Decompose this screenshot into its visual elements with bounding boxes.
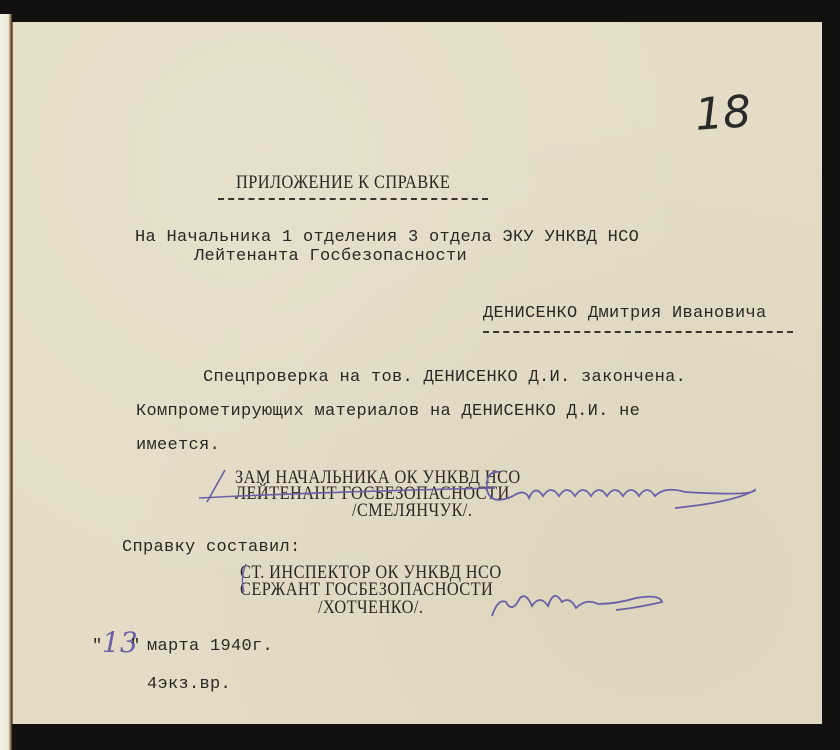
- title-underline: [218, 198, 488, 200]
- signature-khotchenko: [236, 558, 676, 628]
- folio-number: 18: [693, 86, 752, 141]
- binding-strip: [0, 14, 12, 750]
- signature-smelyanchuk: [195, 462, 775, 522]
- page-title: ПРИЛОЖЕНИЕ К СПРАВКЕ: [236, 172, 450, 194]
- body-line-3: имеется.: [136, 436, 220, 455]
- addressee-line-2: Лейтенанта Госбезопасности: [194, 247, 467, 266]
- date-close-quote: ": [130, 637, 141, 656]
- body-line-1: Спецпроверка на тов. ДЕНИСЕНКО Д.И. зако…: [203, 368, 686, 387]
- addressee-line-1: На Начальника 1 отделения 3 отдела ЭКУ У…: [135, 228, 639, 247]
- date-open-quote: ": [92, 637, 103, 656]
- body-line-2: Компрометирующих материалов на ДЕНИСЕНКО…: [136, 402, 640, 421]
- compiled-by-label: Справку составил:: [122, 538, 301, 557]
- addressee-name: ДЕНИСЕНКО Дмитрия Ивановича: [483, 304, 767, 323]
- copies-note: 4экз.вр.: [147, 675, 231, 694]
- addressee-underline: [483, 331, 793, 333]
- date-month-year: марта 1940г.: [147, 637, 273, 656]
